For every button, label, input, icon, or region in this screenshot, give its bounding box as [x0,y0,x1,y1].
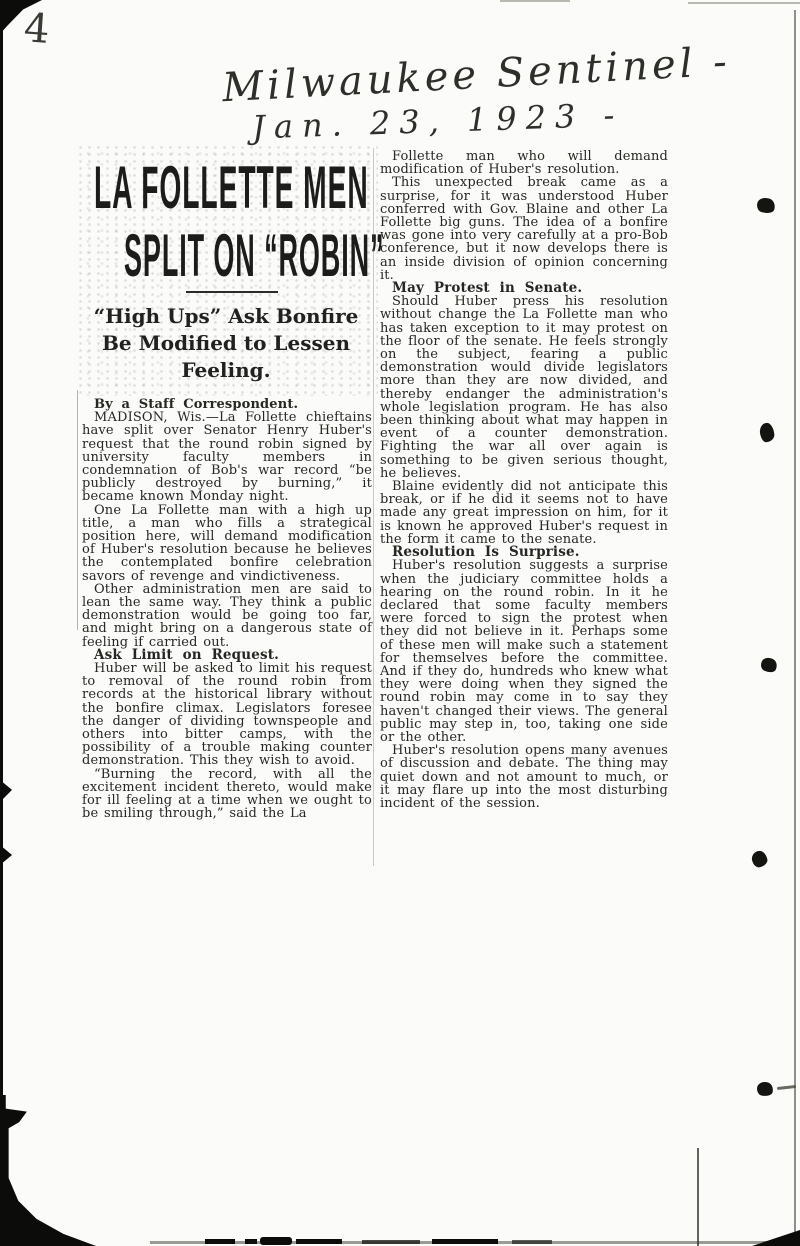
paragraph: Follette man who will demand modificatio… [380,150,668,176]
scan-artifact-right-edge-line [794,10,796,1234]
ink-blob [755,196,776,215]
article-left-column: By a Staff Correspondent. MADISON, Wis.—… [82,398,372,821]
paragraph: This unexpected break came as a surprise… [380,176,668,282]
paragraph: “Burning the record, with all the excite… [82,768,372,821]
scan-artifact-left-edge [0,20,3,1246]
paragraph: Should Huber press his resolution withou… [380,295,668,480]
paragraph: Huber's resolution opens many avenues of… [380,744,668,810]
column-rule-middle [373,148,374,866]
scan-artifact-bottom-dash [260,1237,292,1245]
scan-artifact-bottom-left-blob [0,1095,96,1246]
scan-artifact-bottom-dash [205,1239,235,1244]
scan-artifact-top-dash [500,0,570,2]
ink-blob [759,422,776,443]
paragraph: Blaine evidently did not anticipate this… [380,480,668,546]
scanned-newspaper-page: 4 Milwaukee Sentinel - Jan. 23, 1923 - L… [0,0,800,1246]
paragraph: One La Follette man with a high up title… [82,504,372,583]
paragraph: Huber's resolution suggests a surprise w… [380,559,668,744]
paragraph: MADISON, Wis.—La Follette chieftains hav… [82,411,372,503]
paragraph: Other administration men are said to lea… [82,583,372,649]
ink-blob [750,849,769,868]
scan-artifact-left-bump [0,845,12,865]
column-rule-left [77,390,78,630]
scan-artifact-bottom-dash [296,1239,342,1244]
ink-blob [756,1081,774,1097]
paragraph: Huber will be asked to limit his request… [82,662,372,768]
scan-artifact-bottom-dash [362,1240,420,1244]
scan-artifact-paper-crease [697,1148,699,1246]
ink-blob [759,656,779,675]
headline-divider-rule [186,291,278,293]
scan-artifact-bottom-dash [512,1240,552,1244]
subheadline: “High Ups” Ask Bonfire Be Modified to Le… [80,303,372,384]
headline-line-1: LA FOLLETTE MEN [94,158,369,218]
scan-artifact-bottom-dash [432,1239,498,1244]
scan-artifact-left-bump [0,780,12,802]
scan-artifact-bottom-dash [245,1239,257,1244]
scan-artifact-top-dash [688,2,800,4]
article-right-column: Follette man who will demand modificatio… [380,150,668,810]
headline-line-2: SPLIT ON “ROBIN” [124,226,384,286]
handwritten-page-number: 4 [22,5,51,53]
